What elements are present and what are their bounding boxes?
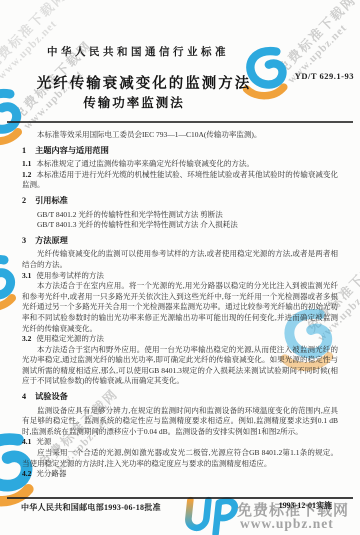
- footer-rule: [7, 497, 353, 499]
- paragraph: 本标准等效采用国际电工委员会IEC 793—1—C10A(传输功率监测)。: [22, 130, 338, 141]
- clause-text: GB/T 8401.2 光纤的传输特性和光学特性测试方法 剪断法: [37, 210, 223, 219]
- clause-text: 方法原理: [35, 236, 68, 245]
- section-heading: 4试验设备: [22, 392, 338, 403]
- clause-line: 4.1光源: [22, 437, 338, 448]
- clause-number: 4.2: [22, 469, 31, 478]
- clause-number: 1.1: [22, 159, 31, 168]
- clause-text: 本方法适合于室内和野外应用。使用一台光功率输出稳定的光源,从而使注入被监测光纤的…: [22, 345, 338, 386]
- clause-line: 4.2光分路器: [22, 469, 338, 480]
- clause-line: 3.1使用参考试样的方法: [22, 271, 338, 282]
- reference-line: GB/T 8401.3 光纤的传输特性和光学特性测试方法 介入损耗法: [22, 220, 338, 231]
- clause-text: 试验设备: [35, 392, 68, 401]
- clause-text: 光分路器: [36, 469, 66, 478]
- standard-org-line: 中华人民共和国通信行业标准: [47, 44, 229, 59]
- clause-text: 应当采用一个合适的光源,例如激光器或发光二极管,光源应符合GB 8401.2第1…: [22, 448, 338, 468]
- clause-number: 3.2: [22, 334, 31, 343]
- clause-text: 本标准适用于进行光纤光缆的机械性能试验、环境性能试验或者其他试验时的传输衰减变化…: [22, 170, 338, 190]
- footer-watermark-url: www.upbz.net: [240, 516, 334, 532]
- paragraph: 监测设备应具有足够分辨力,在规定的监测时间内和监测设备的环境温度变化的范围内,应…: [22, 406, 338, 438]
- section-heading: 3方法原理: [22, 236, 338, 247]
- watermark-site-name: 免费标准下载网: [0, 0, 70, 73]
- clause-text: 本标准规定了通过监测传输功率来确定光纤传输衰减变化的方法。: [36, 159, 254, 168]
- standard-number: YD/T 629.1-93: [295, 71, 354, 81]
- clause-line: 3.2使用稳定光源的方法: [22, 334, 338, 345]
- reference-line: GB/T 8401.2 光纤的传输特性和光学特性测试方法 剪断法: [22, 210, 338, 221]
- clause-text: 使用参考试样的方法: [36, 271, 104, 280]
- paragraph: 应当采用一个合适的光源,例如激光器或发光二极管,光源应符合GB 8401.2第1…: [22, 448, 338, 469]
- clause-number: 3.1: [22, 271, 31, 280]
- clause-number: 2: [22, 196, 26, 205]
- watermark-url: www.upbz.net: [0, 0, 78, 82]
- clause-text: 光纤传输衰减变化的监测可以使用参考试样的方法,或者使用稳定光源的方法,或者是两者…: [22, 249, 338, 269]
- clause-line: 1.2本标准适用于进行光纤光缆的机械性能试验、环境性能试验或者其他试验时的传输衰…: [22, 170, 338, 191]
- clause-line: 1.1本标准规定了通过监测传输功率来确定光纤传输衰减变化的方法。: [22, 159, 338, 170]
- document-body: 本标准等效采用国际电工委员会IEC 793—1—C10A(传输功率监测)。1主题…: [22, 130, 338, 496]
- section-heading: 2引用标准: [22, 196, 338, 207]
- clause-number: 1.2: [22, 170, 31, 179]
- section-heading: 1主题内容与适用范围: [22, 146, 338, 157]
- clause-text: 引用标准: [35, 196, 68, 205]
- clause-text: 光源: [36, 437, 51, 446]
- document-title: 光纤传输衰减变化的监测方法: [37, 72, 252, 93]
- header-rule: [7, 121, 353, 123]
- clause-text: 使用稳定光源的方法: [36, 334, 104, 343]
- clause-number: 3: [22, 236, 26, 245]
- effective-date: 1993-12-01实施: [279, 500, 332, 511]
- clause-text: 监测设备应具有足够分辨力,在规定的监测时间内和监测设备的环境温度变化的范围内,应…: [22, 406, 338, 436]
- clause-number: 4.1: [22, 437, 31, 446]
- clause-text: GB/T 8401.3 光纤的传输特性和光学特性测试方法 介入损耗法: [37, 220, 238, 229]
- paragraph: 本方法适合于在室内应用。将一个光源的光,用光分路器以稳定的分光比注入到被监测光纤…: [22, 281, 338, 334]
- paragraph: 光纤传输衰减变化的监测可以使用参考试样的方法,或者使用稳定光源的方法,或者是两者…: [22, 249, 338, 270]
- watermark-text: 免费标准下载网 www.upbz.net: [0, 0, 78, 82]
- clause-text: 主题内容与适用范围: [35, 146, 109, 155]
- clause-text: 本标准等效采用国际电工委员会IEC 793—1—C10A(传输功率监测)。: [37, 130, 261, 139]
- approval-line: 中华人民共和国邮电部1993-06-18批准: [21, 502, 161, 513]
- document-page: 免费标准下载网 www.upbz.net 免费标准下载网 www.upbz.ne…: [0, 0, 360, 535]
- upbz-logo-icon: [0, 254, 24, 314]
- clause-number: 4: [22, 392, 26, 401]
- clause-text: 本方法适合于在室内应用。将一个光源的光,用光分路器以稳定的分光比注入到被监测光纤…: [22, 281, 338, 332]
- watermark-site-name: 免费标准下载网: [272, 0, 360, 77]
- document-subtitle: 传输功率监测法: [83, 93, 185, 111]
- up-logo-icon: [181, 494, 241, 535]
- paragraph: 本方法适合于室内和野外应用。使用一台光功率输出稳定的光源,从而使注入被监测光纤的…: [22, 345, 338, 387]
- clause-number: 1: [22, 146, 26, 155]
